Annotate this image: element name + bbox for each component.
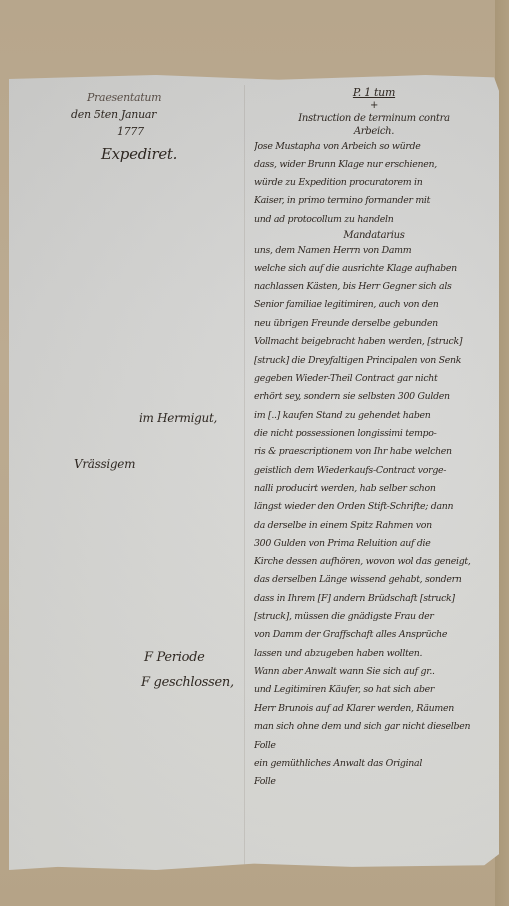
heading-line-2: +: [254, 100, 494, 111]
body-line: dass, wider Brunn Klage nur erschienen,: [254, 160, 499, 169]
body-line: nalli producirt werden, hab selber schon: [254, 484, 499, 493]
body-line: Folle: [254, 777, 499, 786]
body-line: welche sich auf die ausrichte Klage aufh…: [254, 264, 499, 273]
left-header-date: den 5ten Januar: [71, 108, 156, 121]
heading-line-3: Instruction de terminum contra: [254, 113, 494, 124]
left-note-4: F geschlossen,: [141, 675, 234, 690]
body-line: man sich ohne dem und sich gar nicht die…: [254, 722, 499, 731]
margin-fold-line: [244, 85, 245, 865]
body-line: Senior familiae legitimiren, auch von de…: [254, 300, 499, 309]
body-line: ein gemüthliches Anwalt das Original: [254, 759, 499, 768]
body-line: im [..] kaufen Stand zu gehendet haben: [254, 411, 499, 420]
body-line: das derselben Länge wissend gehabt, sond…: [254, 575, 499, 584]
body-line: und Legitimiren Käufer, so hat sich aber: [254, 685, 499, 694]
body-line: gegeben Wieder-Theil Contract gar nicht: [254, 374, 499, 383]
body-line: erhört sey, sondern sie selbsten 300 Gul…: [254, 392, 499, 401]
left-header-year: 1777: [117, 125, 144, 138]
body-line: würde zu Expedition procuratorem in: [254, 178, 499, 187]
manuscript-page: Praesentatum den 5ten Januar 1777 Expedi…: [9, 75, 499, 870]
left-header-praesentatum: Praesentatum: [87, 91, 161, 104]
left-note-2: Vrässigem: [74, 457, 135, 471]
section-title-mandatarius: Mandatarius: [254, 230, 494, 241]
body-line: neu übrigen Freunde derselbe gebunden: [254, 319, 499, 328]
body-line: Jose Mustapha von Arbeich so würde: [254, 142, 499, 151]
body-line: und ad protocollum zu handeln: [254, 215, 499, 224]
body-line: uns, dem Namen Herrn von Damm: [254, 246, 499, 255]
body-line: dass in Ihrem [F] andern Brüdschaft [str…: [254, 594, 499, 603]
body-line: Kaiser, in primo termino formander mit: [254, 196, 499, 205]
body-line: [struck] die Dreyfaltigen Principalen vo…: [254, 356, 499, 365]
left-note-3: F Periode: [144, 650, 205, 665]
body-line: längst wieder den Orden Stift-Schrifte; …: [254, 502, 499, 511]
body-line: nachlassen Kästen, bis Herr Gegner sich …: [254, 282, 499, 291]
heading-line-4: Arbeich.: [254, 126, 494, 137]
body-line: da derselbe in einem Spitz Rahmen von: [254, 521, 499, 530]
left-note-1: im Hermigut,: [139, 411, 217, 425]
body-line: ris & praescriptionem von Ihr habe welch…: [254, 447, 499, 456]
body-line: geistlich dem Wiederkaufs-Contract vorge…: [254, 466, 499, 475]
body-line: Wann aber Anwalt wann Sie sich auf gr..: [254, 667, 499, 676]
body-line: [struck], müssen die gnädigste Frau der: [254, 612, 499, 621]
body-line: die nicht possessionen longissimi tempo-: [254, 429, 499, 438]
body-line: 300 Gulden von Prima Reluition auf die: [254, 539, 499, 548]
body-line: Folle: [254, 741, 499, 750]
body-line: lassen und abzugeben haben wollten.: [254, 649, 499, 658]
heading-line-1: P. 1 tum: [254, 86, 494, 99]
body-line: Herr Brunois auf ad Klarer werden, Räume…: [254, 704, 499, 713]
body-line: Vollmacht beigebracht haben werden, [str…: [254, 337, 499, 346]
body-line: von Damm der Graffschaft alles Ansprüche: [254, 630, 499, 639]
body-line: Kirche dessen aufhören, wovon wol das ge…: [254, 557, 499, 566]
left-header-expediret: Expediret.: [101, 145, 177, 163]
